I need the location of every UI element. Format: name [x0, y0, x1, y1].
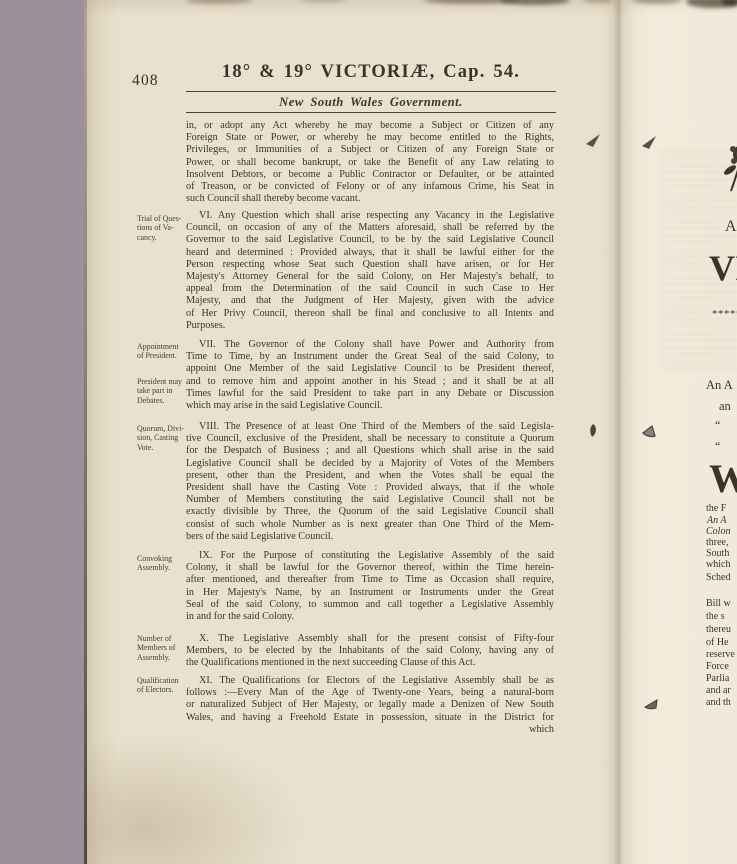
paragraph-VIII: VIII. The Presence of at least One Third… [186, 421, 554, 543]
text-line: in Her Majesty's Name, by an Instrument … [186, 587, 554, 599]
text-line: in and for the said Colony. [186, 611, 554, 623]
text-line: VII. The Governor of the Colony shall ha… [186, 339, 554, 351]
margin-note-line: Members of [137, 643, 185, 652]
next-page-text-fragment: and ar [706, 686, 731, 696]
margin-note-line: sion, Casting [137, 433, 185, 442]
margin-note: ConvokingAssembly. [137, 554, 185, 573]
text-line: Time to Time, by an Instrument under the… [186, 351, 554, 363]
wormhole-mark [640, 424, 657, 439]
text-line: Colony, it shall be lawful for the Gover… [186, 562, 554, 574]
margin-note: Qualificationof Electors. [137, 676, 185, 695]
next-page-text-fragment: Bill w [706, 599, 731, 609]
text-line: in, or adopt any Act whereby he may beco… [186, 120, 554, 132]
text-line: and to remove him and appoint another in… [186, 376, 554, 388]
margin-note-line: tions of Va- [137, 223, 185, 232]
running-head: New South Wales Government. [186, 95, 556, 110]
text-line: Times lawful for the said President to t… [186, 388, 554, 400]
text-line: Power, or shall become bankrupt, or take… [186, 157, 554, 169]
next-page-text-fragment: A [725, 219, 737, 235]
next-page-text-fragment: Parlia [706, 674, 729, 684]
next-page-text-fragment: W [709, 459, 737, 499]
next-page-text-fragment: An A [706, 379, 733, 392]
text-line: after mentioned, and thereafter from Tim… [186, 574, 554, 586]
margin-note-line: Convoking [137, 554, 185, 563]
next-page-text-fragment: thereu [706, 625, 731, 635]
text-line: Insolvent Debtors, or become a Public Co… [186, 169, 554, 181]
next-page-text-fragment: the F [706, 504, 726, 514]
next-page-text-fragment: an [719, 400, 731, 413]
paragraph-VII: VII. The Governor of the Colony shall ha… [186, 339, 554, 412]
next-page-text-fragment: “ [715, 440, 720, 452]
margin-note-line: Qualification [137, 676, 185, 685]
text-line: President shall have the Casting Vote : … [186, 482, 554, 494]
margin-note: President maytake part inDebates. [137, 377, 185, 405]
text-line: exactly divisible by Three, the Quorum o… [186, 506, 554, 518]
scanned-book-photo: 408 18° & 19° VICTORIÆ, Cap. 54. New Sou… [0, 0, 737, 864]
margin-note-line: Quorum, Divi- [137, 424, 185, 433]
header-rule-top [186, 91, 556, 92]
text-line: appeal from the Determination of the sai… [186, 283, 554, 295]
margin-note-line: Vote. [137, 443, 185, 452]
next-page-text-fragment: “ [715, 419, 720, 431]
text-line: Majesty, and that the Judgment of Her Ma… [186, 295, 554, 307]
margin-note: Quorum, Divi-sion, CastingVote. [137, 424, 185, 452]
margin-note-line: of Electors. [137, 685, 185, 694]
wormhole-mark [643, 697, 660, 710]
paragraph-X: X. The Legislative Assembly shall for th… [186, 633, 554, 670]
next-page-text-fragment: Sched [706, 573, 730, 583]
page-fold [600, 0, 636, 864]
header-rule-bottom [186, 112, 556, 113]
margin-note: Number ofMembers ofAssembly. [137, 634, 185, 662]
next-page-text-fragment: and th [706, 698, 731, 708]
next-page-text-fragment: Colon [706, 527, 730, 537]
margin-note: Trial of Ques-tions of Va-cancy. [137, 214, 185, 242]
text-line: Wales, and having a Freehold Estate in p… [186, 712, 554, 724]
text-line: VI. Any Question which shall arise respe… [186, 210, 554, 222]
paragraph-XI: XI. The Qualifications for Electors of t… [186, 675, 554, 736]
next-page-text-fragment: VI [709, 250, 737, 286]
act-title: 18° & 19° VICTORIÆ, Cap. 54. [186, 62, 556, 83]
text-line: Governor to the said Legislative Council… [186, 234, 554, 246]
page-edge-shadow [84, 0, 87, 864]
margin-note-line: of President. [137, 351, 185, 360]
catchword: which [186, 724, 554, 736]
margin-note-line: cancy. [137, 233, 185, 242]
paragraph-IX: IX. For the Purpose of constituting the … [186, 550, 554, 623]
next-page-text-fragment: South [706, 549, 729, 559]
text-line: VIII. The Presence of at least One Third… [186, 421, 554, 433]
margin-note-line: President may [137, 377, 185, 386]
text-line: such Council shall thereby become vacant… [186, 193, 554, 205]
next-page-text-fragment: of He [706, 638, 729, 648]
next-page-text-fragment: reserve [706, 650, 735, 660]
next-page-text-fragment: three, [706, 538, 729, 548]
wormhole-mark [585, 423, 599, 438]
margin-note-line: Appointment [137, 342, 185, 351]
rose-emblem-icon [716, 140, 737, 194]
text-line: Council, on occasion of any of the Matte… [186, 222, 554, 234]
ink-mark [639, 135, 657, 151]
text-line: the Qualifications mentioned in the next… [186, 657, 554, 669]
ink-mark [583, 133, 601, 149]
text-line: Person respecting whose Seat such Questi… [186, 259, 554, 271]
margin-note-line: Debates. [137, 396, 185, 405]
next-page-text-fragment: the s [706, 612, 725, 622]
text-line: tive Council, exclusive of the President… [186, 433, 554, 445]
paragraph-intro: in, or adopt any Act whereby he may beco… [186, 120, 554, 205]
text-line: Privileges, or Immunities of a Subject o… [186, 144, 554, 156]
text-line: of Treason, or be convicted of Felony or… [186, 181, 554, 193]
text-line: follows :—Every Man of the Age of Twenty… [186, 687, 554, 699]
text-line: of Her Privy Council, thereon shall be f… [186, 308, 554, 320]
margin-note-line: Trial of Ques- [137, 214, 185, 223]
text-line: Seal of the said Colony, to summon and c… [186, 599, 554, 611]
margin-note: Appointmentof President. [137, 342, 185, 361]
text-line: consist of such whole Number as is next … [186, 519, 554, 531]
page-number: 408 [132, 72, 159, 90]
margin-note-line: Assembly. [137, 563, 185, 572]
text-line: XI. The Qualifications for Electors of t… [186, 675, 554, 687]
text-line: Foreign State or Power, or whereby he ma… [186, 132, 554, 144]
paragraph-VI: VI. Any Question which shall arise respe… [186, 210, 554, 332]
text-line: Number of Members constituting the said … [186, 494, 554, 506]
margin-note-line: take part in [137, 386, 185, 395]
text-line: Members, to be elected by the Inhabitant… [186, 645, 554, 657]
next-page-text-fragment: which [706, 560, 730, 570]
text-line: for the Despatch of Business ; and all Q… [186, 445, 554, 457]
text-line: Legislative Council shall be decided by … [186, 458, 554, 470]
text-line: X. The Legislative Assembly shall for th… [186, 633, 554, 645]
text-line: or naturalized Subject of Her Majesty, o… [186, 699, 554, 711]
next-page-text-fragment: Force [706, 662, 729, 672]
text-line: present, other than the President, and w… [186, 470, 554, 482]
text-line: bers of the said Legislative Council. [186, 531, 554, 543]
text-line: heard and determined : Provided always, … [186, 247, 554, 259]
text-line: IX. For the Purpose of constituting the … [186, 550, 554, 562]
margin-note-line: Number of [137, 634, 185, 643]
text-line: appoint One Member of the said Legislati… [186, 363, 554, 375]
text-line: Majesty's Attorney General for the said … [186, 271, 554, 283]
next-page-text-fragment: An A [707, 516, 727, 526]
text-line: Purposes. [186, 320, 554, 332]
text-line: which may arise in the said Legislative … [186, 400, 554, 412]
next-page-text-fragment: ******** [712, 309, 737, 320]
margin-note-line: Assembly. [137, 653, 185, 662]
